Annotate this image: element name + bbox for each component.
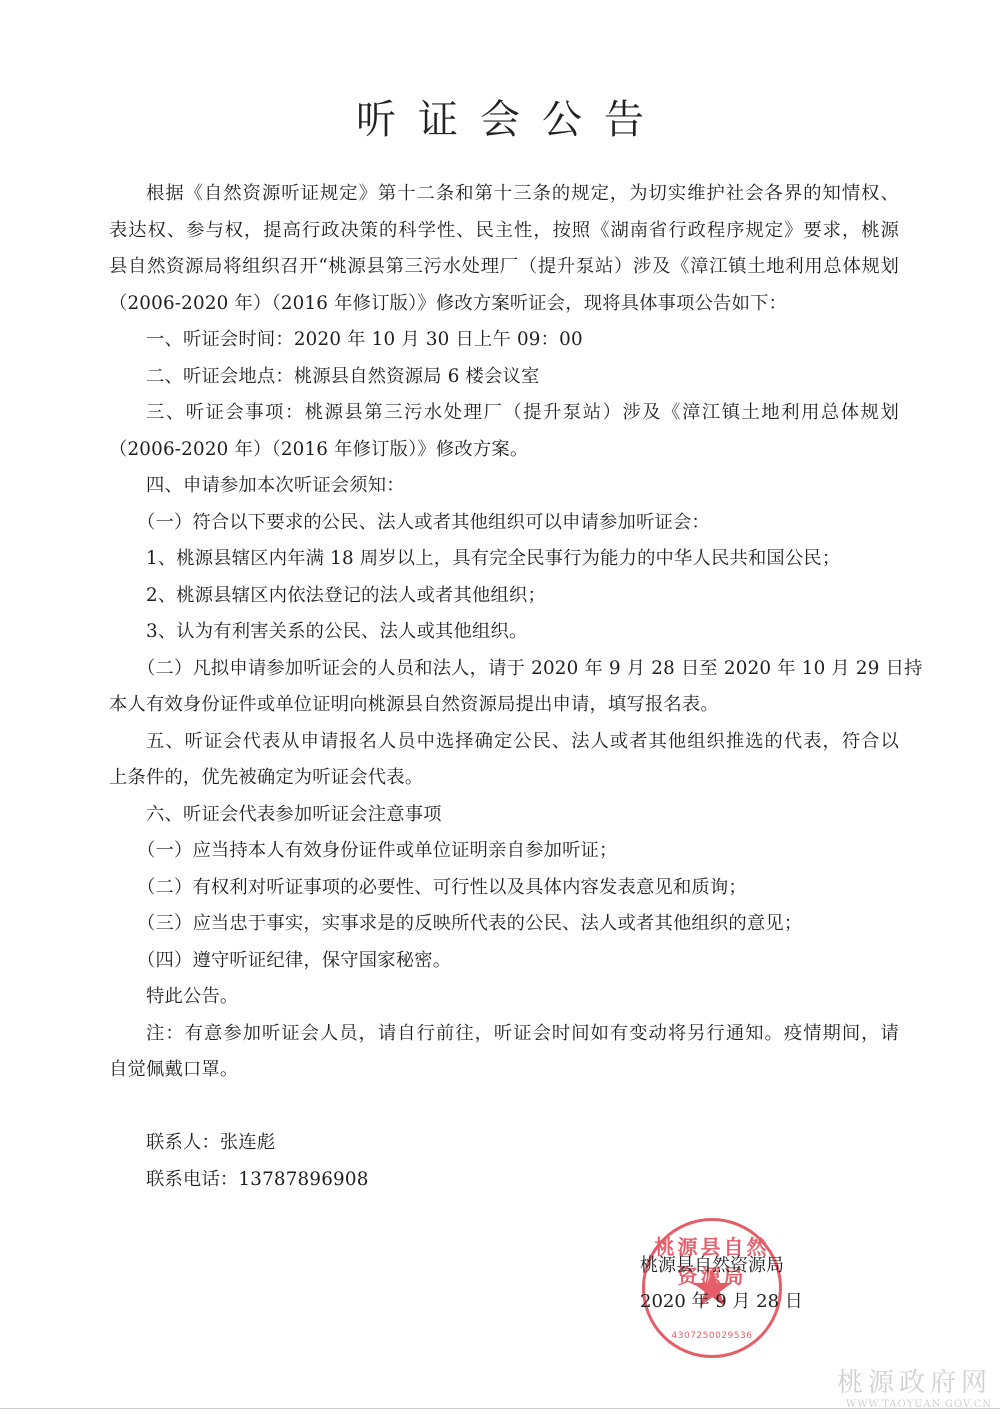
notes-item: （四）遵守听证纪律，保守国家秘密。 [109,943,899,980]
document-title: 听证会公告 [0,88,1000,145]
signature-date: 2020 年 9 月 28 日 [640,1284,803,1320]
notes-item: （三）应当忠于事实，实事求是的反映所代表的公民、法人或者其他组织的意见； [109,906,899,943]
site-watermark: 桃源政府网 WWW.TAOYUAN.GOV.CN [837,1362,992,1410]
eligibility-point: 1、桃源县辖区内年满 18 周岁以上，具有完全民事行为能力的中华人民共和国公民； [109,541,899,578]
contact-person: 联系人：张连彪 [109,1125,899,1162]
notes-item: （一）应当持本人有效身份证件或单位证明亲自参加听证； [109,833,899,870]
hearing-matter-line: （2006-2020 年）（2016 年修订版）》修改方案。 [109,432,899,469]
hearing-time: 一、听证会时间：2020 年 10 月 30 日上午 09：00 [109,322,899,359]
intro-line: 根据《自然资源听证规定》第十二条和第十三条的规定，为切实维护社会各界的知情权、 [109,176,899,213]
note-line: 注：有意参加听证会人员，请自行前往，听证会时间如有变动将另行通知。疫情期间，请 [109,1016,899,1053]
watermark-divider [0,1408,1000,1409]
watermark-site-name: 桃源政府网 [837,1362,992,1399]
seal-code: 4307250029536 [645,1331,779,1341]
eligibility-point: 3、认为有利害关系的公民、法人或其他组织。 [109,614,899,651]
application-period-line: 本人有效身份证件或单位证明向桃源县自然资源局提出申请，填写报名表。 [109,687,899,724]
notes-heading: 六、听证会代表参加听证会注意事项 [109,797,899,834]
application-notice-heading: 四、申请参加本次听证会须知： [109,468,899,505]
note-line: 自觉佩戴口罩。 [109,1052,899,1089]
notes-item: （二）有权利对听证事项的必要性、可行性以及具体内容发表意见和质询； [109,870,899,907]
intro-line: （2006-2020 年）（2016 年修订版）》修改方案听证会，现将具体事项公… [109,286,899,323]
contact-phone: 联系电话：13787896908 [109,1162,899,1199]
document-body: 根据《自然资源听证规定》第十二条和第十三条的规定，为切实维护社会各界的知情权、 … [109,176,899,1198]
closing-statement: 特此公告。 [109,979,899,1016]
intro-line: 表达权、参与权，提高行政决策的科学性、民主性，按照《湖南省行政程序规定》要求，桃… [109,213,899,250]
eligibility-heading: （一）符合以下要求的公民、法人或者其他组织可以申请参加听证会： [109,505,899,542]
application-period-line: （二）凡拟申请参加听证会的人员和法人，请于 2020 年 9 月 28 日至 2… [109,651,899,688]
intro-line: 县自然资源局将组织召开“桃源县第三污水处理厂（提升泵站）涉及《漳江镇土地利用总体… [109,249,899,286]
signature-block: 桃源县自然资源局 2020 年 9 月 28 日 [640,1248,803,1320]
hearing-matter-line: 三、听证会事项：桃源县第三污水处理厂（提升泵站）涉及《漳江镇土地利用总体规划 [109,395,899,432]
representative-line: 上条件的，优先被确定为听证会代表。 [109,760,899,797]
signature-organization: 桃源县自然资源局 [640,1248,803,1284]
eligibility-point: 2、桃源县辖区内依法登记的法人或者其他组织； [109,578,899,615]
representative-line: 五、听证会代表从申请报名人员中选择确定公民、法人或者其他组织推选的代表，符合以 [109,724,899,761]
hearing-location: 二、听证会地点：桃源县自然资源局 6 楼会议室 [109,359,899,396]
